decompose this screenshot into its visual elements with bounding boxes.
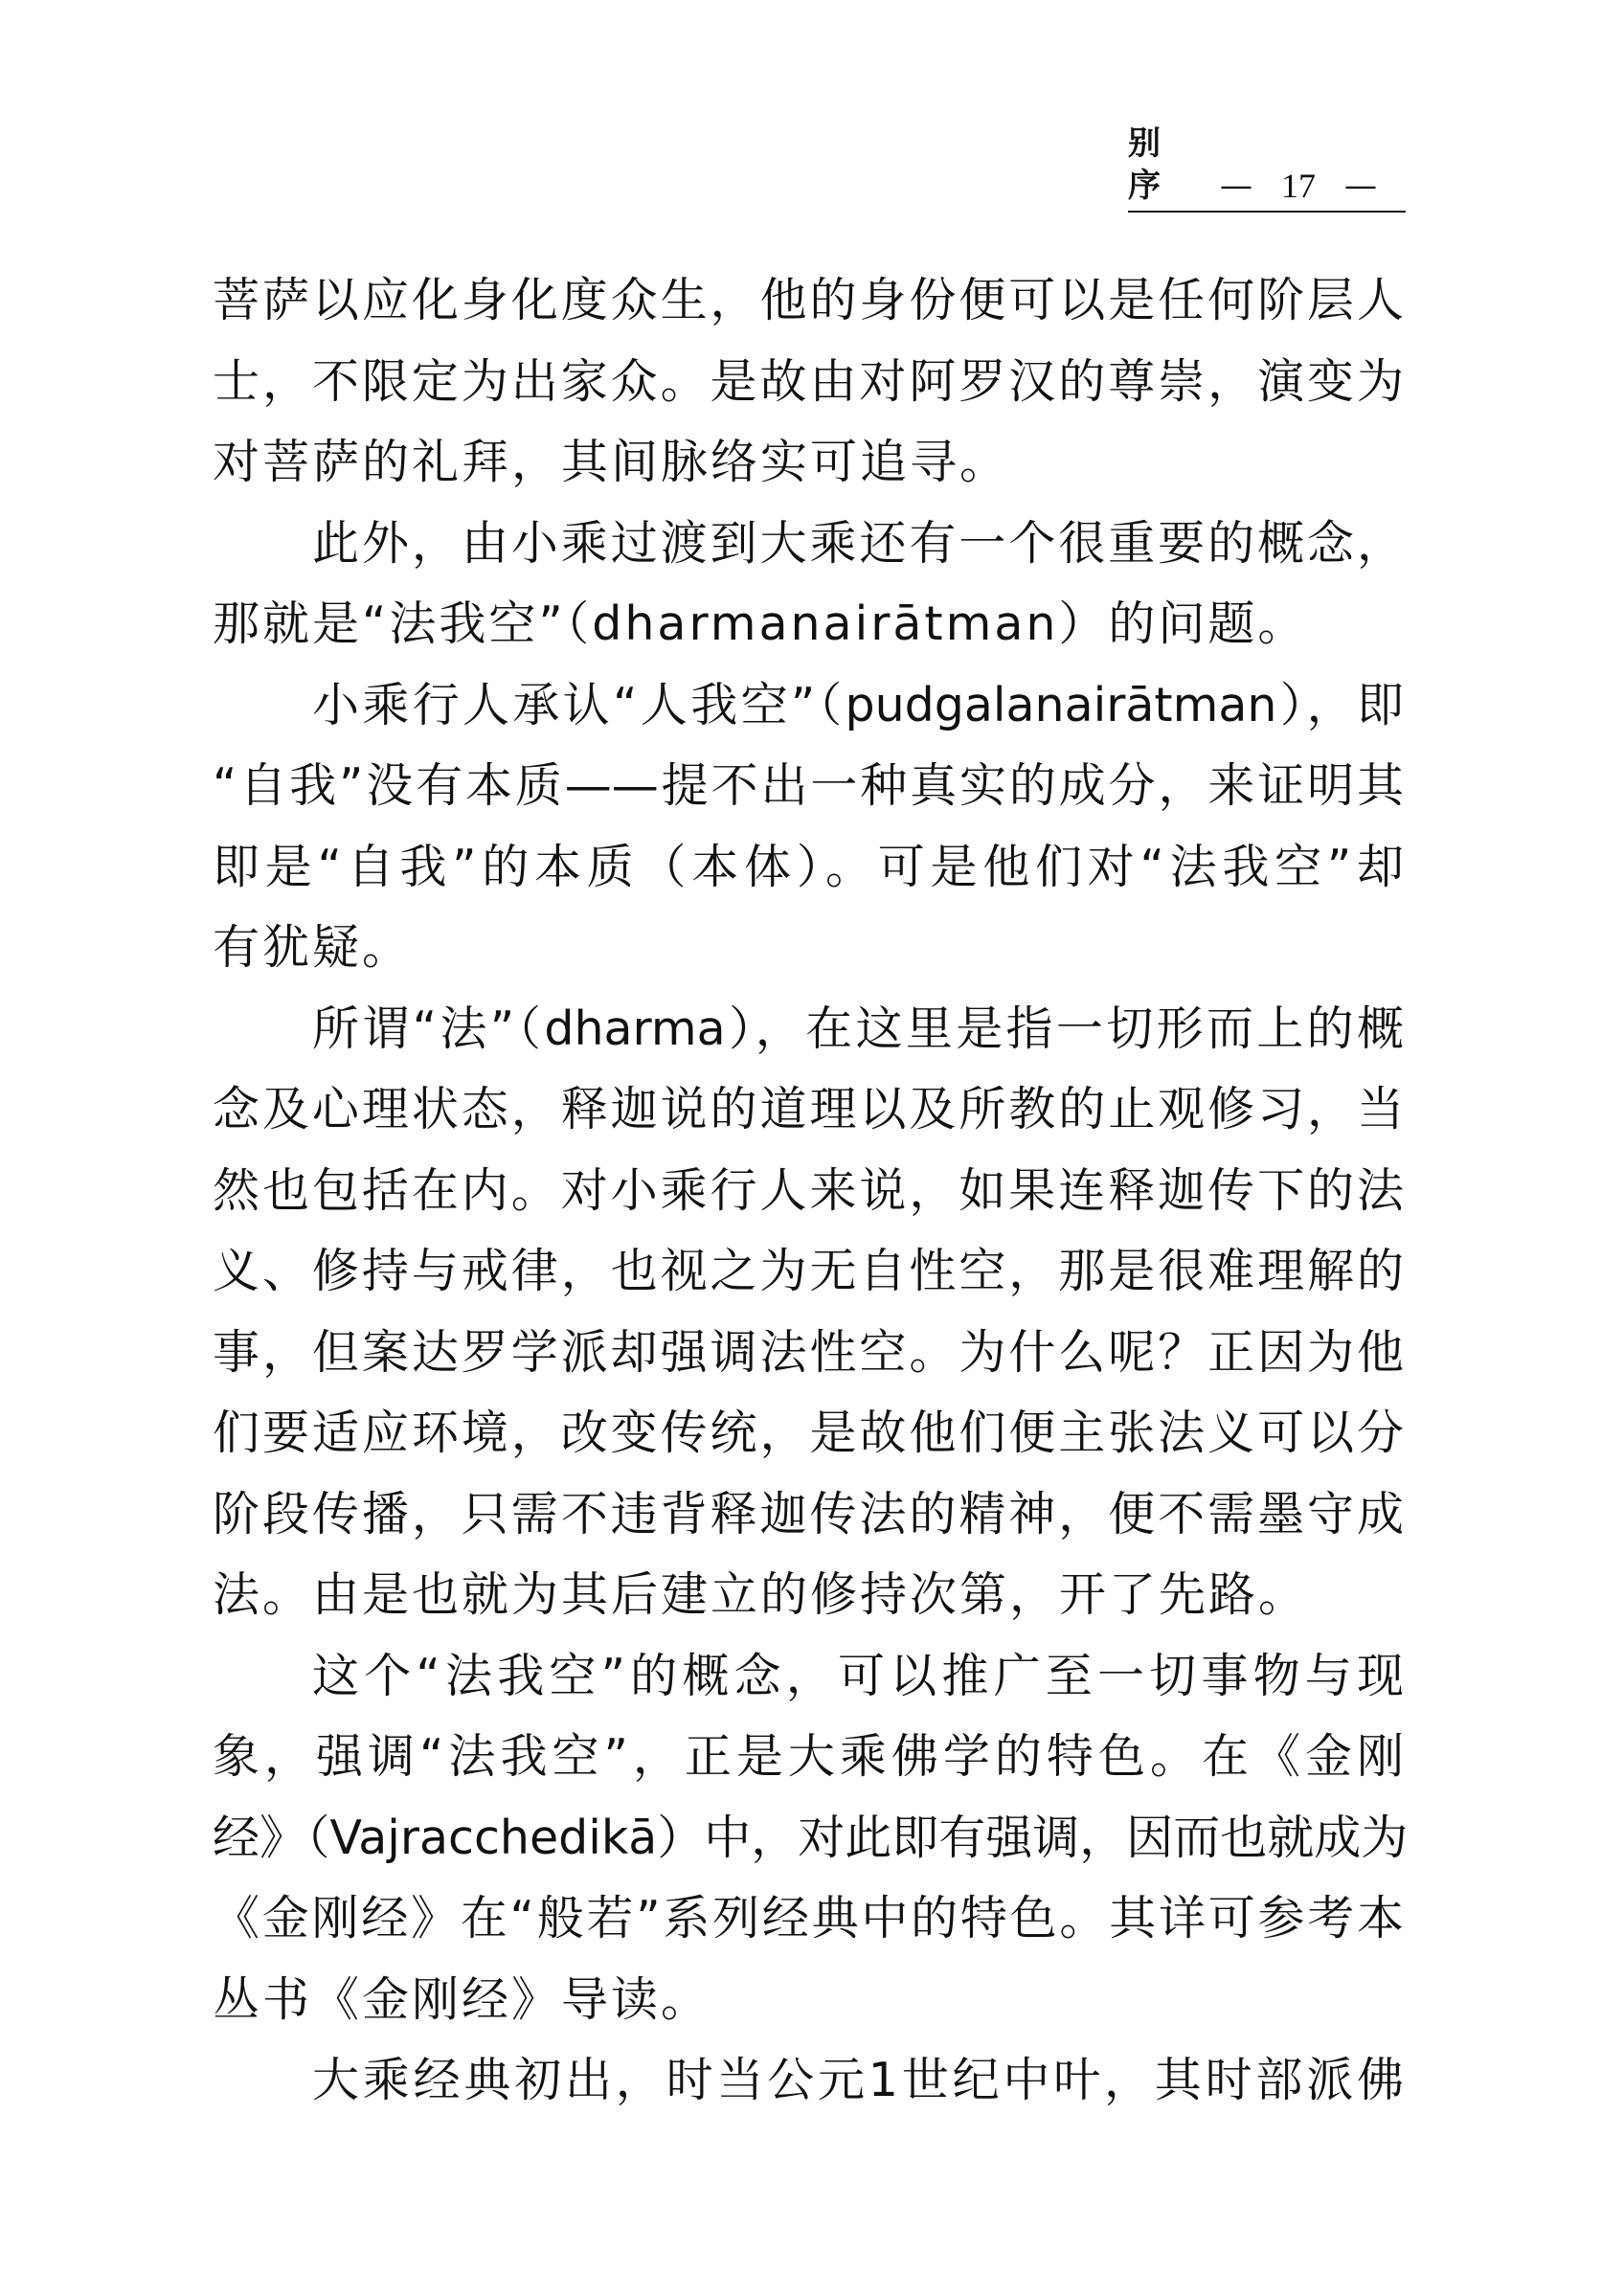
text-line: 大乘经典初出，时当公元1世纪中叶，其时部派佛 [213, 2040, 1404, 2122]
section-title: 别序 [1128, 123, 1191, 207]
running-header: 别序 — 17 — [1128, 165, 1406, 213]
text-line: 念及心理状态，释迦说的道理以及所教的止观修习，当 [213, 1069, 1404, 1151]
text-line: 即是“自我”的本质（本体）。可是他们对“法我空”却 [213, 827, 1404, 909]
text-line: “自我”没有本质——提不出一种真实的成分，来证明其 [213, 746, 1404, 827]
text-line: 这个“法我空”的概念，可以推广至一切事物与现 [213, 1636, 1404, 1718]
text-line: 阶段传播，只需不违背释迦传法的精神，便不需墨守成 [213, 1474, 1404, 1556]
text-line: 象，强调“法我空”，正是大乘佛学的特色。在《金刚 [213, 1717, 1404, 1798]
text-line: 菩萨以应化身化度众生，他的身份便可以是任何阶层人 [213, 260, 1404, 342]
text-line: 丛书《金刚经》导读。 [213, 1960, 1404, 2041]
text-line: 然也包括在内。对小乘行人来说，如果连释迦传下的法 [213, 1151, 1404, 1232]
page-number-dash-left: — [1220, 165, 1252, 207]
body-text: 菩萨以应化身化度众生，他的身份便可以是任何阶层人 士，不限定为出家众。是故由对阿… [213, 260, 1404, 2122]
text-line: 此外，由小乘过渡到大乘还有一个很重要的概念， [213, 504, 1404, 585]
text-line: 法。由是也就为其后建立的修持次第，开了先路。 [213, 1555, 1404, 1636]
text-line: 对菩萨的礼拜，其间脉络实可追寻。 [213, 422, 1404, 504]
text-line: 义、修持与戒律，也视之为无自性空，那是很难理解的 [213, 1231, 1404, 1313]
text-line: 有犹疑。 [213, 908, 1404, 989]
text-line: 事，但案达罗学派却强调法性空。为什么呢？正因为他 [213, 1313, 1404, 1394]
text-line: 那就是“法我空”（dharmanairātman）的问题。 [213, 584, 1404, 665]
book-page: 别序 — 17 — 菩萨以应化身化度众生，他的身份便可以是任何阶层人 士，不限定… [0, 0, 1624, 2295]
text-line: 《金刚经》在“般若”系列经典中的特色。其详可参考本 [213, 1879, 1404, 1960]
text-line: 小乘行人承认“人我空”（pudgalanairātman），即 [213, 665, 1404, 747]
text-line: 们要适应环境，改变传统，是故他们便主张法义可以分 [213, 1393, 1404, 1474]
text-line: 所谓“法”（dharma），在这里是指一切形而上的概 [213, 989, 1404, 1070]
text-line: 士，不限定为出家众。是故由对阿罗汉的尊崇，演变为 [213, 342, 1404, 423]
text-line: 经》（Vajracchedikā）中，对此即有强调，因而也就成为 [213, 1798, 1404, 1879]
page-number-dash-right: — [1344, 165, 1377, 207]
page-number: 17 [1281, 165, 1316, 207]
